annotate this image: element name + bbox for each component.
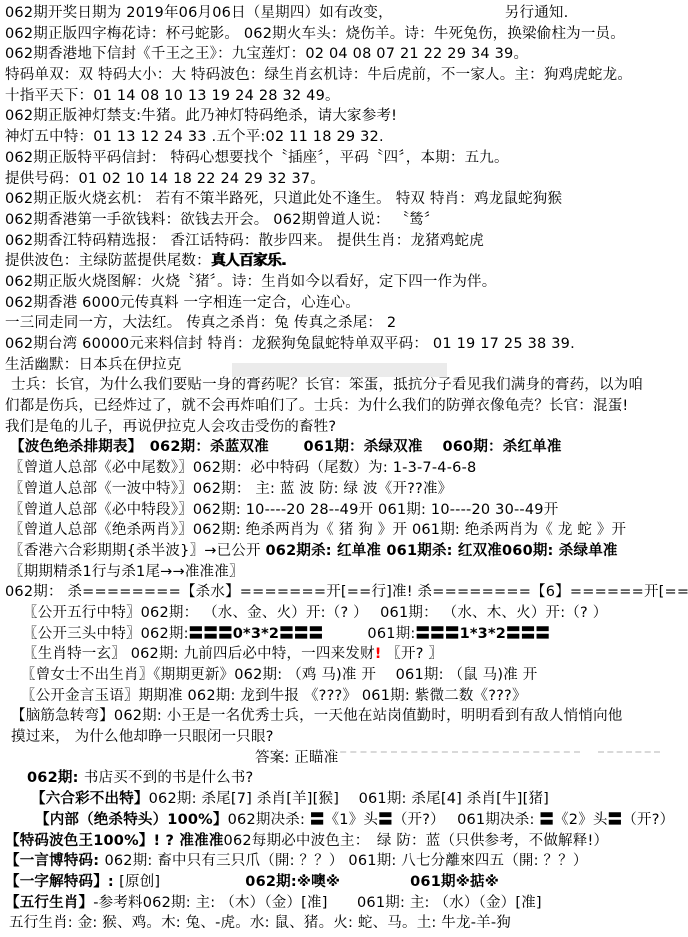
text-segment: 【内部（绝杀特头）100%】 bbox=[35, 812, 228, 828]
text-line-12: 062期香江特码精选报： 香江话特码：散步四来。 提供生肖：龙猪鸡蛇虎 bbox=[5, 231, 688, 252]
text-segment: 【六合彩不出特】 bbox=[31, 791, 149, 807]
text-line-32: 〖生肖特一玄〗 062期: 九前四后必中特，一四来发财! 〖开? 〗 bbox=[5, 644, 688, 665]
text-segment: 【一言博特码: bbox=[5, 853, 104, 869]
text-line-22: 【波色绝杀排期表】 062期：杀蓝双准 061期：杀绿双准 060期：杀红单准 bbox=[5, 437, 688, 458]
text-segment: [原创] bbox=[119, 874, 160, 890]
text-line-4: 特码单双：双 特码大小：大 特码波色：绿生肖玄机诗：牛后虎前，不一家人。主：狗鸡… bbox=[5, 65, 688, 86]
text-line-7: 神灯五中特：01 13 12 24 33 .五个平:02 11 18 29 32… bbox=[5, 127, 688, 148]
text-line-44: 【五行生肖】-参考料062期: 主: （木）（金）[准] 061期: 主: （水… bbox=[5, 893, 688, 914]
text-line-14: 062期正版火烧图解：火烧〝猪〞。诗：生肖如今以看好，定下四一作为伴。 bbox=[5, 272, 688, 293]
text-line-41: 【特码波色王100%】! ? 准准准062每期必中波色主： 绿 防：蓝（只供参考… bbox=[5, 831, 688, 852]
text-line-13: 提供波色：主绿防蓝提供尾数：真人百家乐. bbox=[5, 251, 688, 272]
text-segment: 〖曾道人总部《绝杀两肖》〗062期: 绝杀两肖为《 猪 狗 》开 061期: 绝… bbox=[9, 522, 626, 538]
text-segment: 〓〓〓0*3*2〓〓〓 bbox=[189, 626, 324, 642]
watermark-text: 真人百家乐. bbox=[211, 253, 286, 269]
text-line-33: 〖曾女士不出生肖〗《期期更新》062期: （鸡 马)准 开 061期: （鼠 马… bbox=[5, 665, 688, 686]
text-segment: 十指平天下：01 14 08 10 13 19 24 28 32 49。 bbox=[5, 88, 340, 104]
text-segment: 062期:※噢※ bbox=[245, 874, 340, 890]
text-segment: 〖曾道人总部《必中尾数》〗062期：必中特码（尾数）为: 1-3-7-4-6-8 bbox=[9, 460, 476, 476]
text-line-19: 士兵：长官，为什么我们要贴一身的膏药呢？长官：笨蛋，抵抗分子看见我们满身的膏药，… bbox=[5, 375, 688, 396]
text-line-29: 062期： 杀========【杀水】=======开[==行]准! 杀====… bbox=[5, 582, 688, 603]
text-segment: 062期正版神灯禁支:牛猪。此乃神灯特码绝杀，请大家参考! bbox=[5, 108, 397, 124]
text-segment: 特码单双：双 特码大小：大 特码波色：绿生肖玄机诗：牛后虎前，不一家人。主：狗鸡… bbox=[5, 67, 632, 83]
text-line-45: 五行生肖: 金: 猴、鸡。木: 兔、-虎。水: 鼠、猪。火: 蛇、马。土: 牛龙… bbox=[5, 913, 688, 934]
text-segment: （开?） 061期决杀: bbox=[393, 812, 540, 828]
text-segment: 书店买不到的书是什么书? bbox=[84, 770, 254, 786]
text-segment: 【脑筋急转弯】062期: 小王是一名优秀士兵，一天他在站岗值勤时，明明看到有敌人… bbox=[11, 708, 622, 724]
text-line-27: 〖香港六合彩期期{杀半波}〗→已公开 062期杀: 红单准 061期杀: 红双准… bbox=[5, 541, 688, 562]
text-line-35: 【脑筋急转弯】062期: 小王是一名优秀士兵，一天他在站岗值勤时，明明看到有敌人… bbox=[5, 706, 688, 727]
text-segment: 061期※掂※ bbox=[410, 874, 499, 890]
text-segment: 〖曾女士不出生肖〗《期期更新》062期: （鸡 马)准 开 061期: （鼠 马… bbox=[21, 667, 537, 683]
text-segment: 062期香江特码精选报： 香江话特码：散步四来。 提供生肖：龙猪鸡蛇虎 bbox=[5, 233, 484, 249]
text-segment: 〓 bbox=[608, 812, 623, 828]
text-line-39: 【六合彩不出特】062期: 杀尾[7] 杀肖[羊][猴] 061期: 杀尾[4]… bbox=[5, 789, 688, 810]
text-segment: 〖公开金言玉语〗期期准 062期: 龙到牛报 《???》 061期: 紫微二数《… bbox=[21, 688, 527, 704]
text-line-37: 答案: 正瞄准 bbox=[5, 748, 688, 769]
text-line-16: 一三同走同一方，大法红。 传真之杀肖：兔 传真之杀尾： 2 bbox=[5, 313, 688, 334]
text-segment: 062每期必中波色主： 绿 防：蓝（只供参考，不做解释!） bbox=[224, 833, 609, 849]
text-segment: 062期正版四字梅花诗：杯弓蛇影。 062期火车头：烧伤羊。诗：牛死兔伤，换梁偷… bbox=[5, 26, 625, 42]
text-segment: 【波色绝杀排期表】 062期：杀蓝双准 061期：杀绿双准 060期：杀红单准 bbox=[10, 439, 562, 455]
text-segment: 〓 bbox=[539, 812, 554, 828]
text-segment: 〓 bbox=[310, 812, 325, 828]
text-line-30: 〖公开五行中特〗062期： （水、金、火）开:（? ） 061期： （水、木、火… bbox=[5, 603, 688, 624]
text-segment bbox=[340, 872, 410, 873]
text-line-17: 062期台湾 60000元来料信封 特肖：龙猴狗兔鼠蛇特单双平码： 01 19 … bbox=[5, 334, 688, 355]
text-segment: 【五行生肖】 bbox=[5, 895, 93, 911]
text-segment: （开?） bbox=[622, 812, 674, 828]
text-segment: 士兵：长官，为什么我们要贴一身的膏药呢？长官：笨蛋，抵抗分子看见我们满身的膏药，… bbox=[11, 377, 643, 393]
text-segment: 062期台湾 60000元来料信封 特肖：龙猴狗兔鼠蛇特单双平码： 01 19 … bbox=[5, 336, 575, 352]
text-line-21: 我们是龟的儿子，再说伊拉克人会攻击受伤的畜牲? bbox=[5, 417, 688, 438]
text-segment: 〖公开五行中特〗062期： （水、金、火）开:（? ） 061期： （水、木、火… bbox=[23, 605, 607, 621]
text-segment: 们都是伤兵，已经炸过了，就不会再炸咱们了。士兵：为什么我们的防弹衣像龟壳？长官：… bbox=[5, 398, 628, 414]
text-line-6: 062期正版神灯禁支:牛猪。此乃神灯特码绝杀，请大家参考! bbox=[5, 106, 688, 127]
text-line-5: 十指平天下：01 14 08 10 13 19 24 28 32 49。 bbox=[5, 86, 688, 107]
text-segment: 我们是龟的儿子，再说伊拉克人会攻击受伤的畜牲? bbox=[5, 419, 336, 435]
text-line-43: 【一字解特码】: [原创]062期:※噢※061期※掂※ bbox=[5, 872, 688, 893]
text-segment: 一三同走同一方，大法红。 传真之杀肖：兔 传真之杀尾： 2 bbox=[5, 315, 396, 331]
text-line-15: 062期香港 6000元传真料 一字相连一定合，心连心。 bbox=[5, 293, 688, 314]
text-segment: 062期正版火烧图解：火烧〝猪〞。诗：生肖如今以看好，定下四一作为伴。 bbox=[5, 274, 496, 290]
text-line-31: 〖公开三头中特〗062期:〓〓〓0*3*2〓〓〓 061期:〓〓〓1*3*2〓〓… bbox=[5, 624, 688, 645]
text-segment: 《1》头 bbox=[325, 812, 379, 828]
text-segment: 062期香港地下信封《千王之王》：九宝莲灯：02 04 08 07 21 22 … bbox=[5, 46, 528, 62]
text-line-26: 〖曾道人总部《绝杀两肖》〗062期: 绝杀两肖为《 猪 狗 》开 061期: 绝… bbox=[5, 520, 688, 541]
text-line-40: 【内部（绝杀特头）100%】062期决杀: 〓《1》头〓（开?） 061期决杀:… bbox=[5, 810, 688, 831]
text-segment: 提供波色：主绿防蓝提供尾数： bbox=[5, 253, 211, 269]
text-segment: 另行通知. bbox=[505, 5, 569, 21]
text-segment: 062期: 杀尾[7] 杀肖[羊][猴] 061期: 杀尾[4] 杀肖[牛][猪… bbox=[149, 791, 549, 807]
text-segment bbox=[160, 872, 245, 873]
text-segment: 五行生肖: 金: 猴、鸡。木: 兔、-虎。水: 鼠、猪。火: 蛇、马。土: 牛龙… bbox=[9, 915, 511, 931]
text-line-1: 062期开奖日期为 2019年06月06日（星期四）如有改变，另行通知. bbox=[5, 3, 688, 24]
text-segment: 062期： 杀========【杀水】=======开[==行]准! 杀====… bbox=[5, 584, 688, 600]
text-line-8: 062期正版特平码信封： 特码心想要找个〝插座〞，平码〝四〞，本期：五九。 bbox=[5, 148, 688, 169]
text-line-20: 们都是伤兵，已经炸过了，就不会再炸咱们了。士兵：为什么我们的防弹衣像龟壳？长官：… bbox=[5, 396, 688, 417]
text-segment: 摸过来， 为什么他却睁一只眼闭一只眼? bbox=[11, 729, 274, 745]
text-line-2: 062期正版四字梅花诗：杯弓蛇影。 062期火车头：烧伤羊。诗：牛死兔伤，换梁偷… bbox=[5, 24, 688, 45]
text-segment: 〖曾道人总部《一波中特》〗062期： 主: 蓝 波 防: 绿 波《开??准》 bbox=[9, 481, 452, 497]
red-exclamation: ! bbox=[375, 646, 382, 662]
text-line-11: 062期香港第一手欲钱料：欲钱去开会。 062期曾道人说： 〝鸶〞 bbox=[5, 210, 688, 231]
text-line-25: 〖曾道人总部《必中特段》〗062期: 10----20 28--49开 061期… bbox=[5, 500, 688, 521]
text-line-38: 062期: 书店买不到的书是什么书? bbox=[5, 768, 688, 789]
text-segment: 〖生肖特一玄〗 062期: 九前四后必中特，一四来发财 bbox=[23, 646, 375, 662]
text-segment: 062期: bbox=[27, 770, 84, 786]
text-segment: 神灯五中特：01 13 12 24 33 .五个平:02 11 18 29 32… bbox=[5, 129, 384, 145]
document-body: 062期开奖日期为 2019年06月06日（星期四）如有改变，另行通知.062期… bbox=[5, 3, 688, 937]
text-segment: 062期开奖日期为 2019年06月06日（星期四）如有改变， bbox=[5, 5, 393, 21]
text-segment: 〓〓〓1*3*2〓〓〓 bbox=[415, 626, 550, 642]
text-line-24: 〖曾道人总部《一波中特》〗062期： 主: 蓝 波 防: 绿 波《开??准》 bbox=[5, 479, 688, 500]
text-line-36: 摸过来， 为什么他却睁一只眼闭一只眼? bbox=[5, 727, 688, 748]
text-segment: 062期: 畜中只有三只爪（開: ？？） 061期: 八七分離來四五（開: ？？… bbox=[104, 853, 587, 869]
text-line-3: 062期香港地下信封《千王之王》：九宝莲灯：02 04 08 07 21 22 … bbox=[5, 44, 688, 65]
text-segment: 062期香港第一手欲钱料：欲钱去开会。 062期曾道人说： 〝鸶〞 bbox=[5, 212, 439, 228]
text-line-18: 生活幽默：日本兵在伊拉克 bbox=[5, 355, 688, 376]
text-segment: 答案: 正瞄准 bbox=[255, 750, 338, 766]
text-segment: 【特码波色王100%】! ? 准准准 bbox=[5, 833, 224, 849]
text-segment: 〖曾道人总部《必中特段》〗062期: 10----20 28--49开 061期… bbox=[9, 502, 558, 518]
text-line-9: 提供号码：01 02 10 14 18 22 24 29 32 37。 bbox=[5, 169, 688, 190]
text-segment: 062期正版特平码信封： 特码心想要找个〝插座〞，平码〝四〞，本期：五九。 bbox=[5, 150, 509, 166]
text-line-42: 【一言博特码: 062期: 畜中只有三只爪（開: ？？） 061期: 八七分離來… bbox=[5, 851, 688, 872]
text-segment: 提供号码：01 02 10 14 18 22 24 29 32 37。 bbox=[5, 171, 325, 187]
text-segment: 生活幽默：日本兵在伊拉克 bbox=[5, 357, 181, 373]
text-line-10: 062期正版火烧玄机： 若有不策半路死，只道此处不逢生。 特双 特肖：鸡龙鼠蛇狗… bbox=[5, 189, 688, 210]
text-segment: 〖开? 〗 bbox=[382, 646, 444, 662]
text-segment: -参考料062期: 主: （木）（金）[准] 061期: 主: （水）（金）[准… bbox=[93, 895, 542, 911]
text-segment: 〖香港六合彩期期{杀半波}〗→已公开 bbox=[9, 543, 266, 559]
text-line-28: 〖期期精杀1行与杀1尾→→准准准〗 bbox=[5, 562, 688, 583]
text-segment: 〖期期精杀1行与杀1尾→→准准准〗 bbox=[9, 564, 244, 580]
text-segment: 062期杀: 红单准 061期杀: 红双准060期: 杀绿单准 bbox=[266, 543, 618, 559]
text-line-34: 〖公开金言玉语〗期期准 062期: 龙到牛报 《???》 061期: 紫微二数《… bbox=[5, 686, 688, 707]
text-segment: 062期正版火烧玄机： 若有不策半路死，只道此处不逢生。 特双 特肖：鸡龙鼠蛇狗… bbox=[5, 191, 562, 207]
text-segment: 【一字解特码】: bbox=[5, 874, 119, 890]
text-line-23: 〖曾道人总部《必中尾数》〗062期：必中特码（尾数）为: 1-3-7-4-6-8 bbox=[5, 458, 688, 479]
text-segment: 《2》头 bbox=[554, 812, 608, 828]
text-segment: 062期香港 6000元传真料 一字相连一定合，心连心。 bbox=[5, 295, 360, 311]
text-segment bbox=[393, 3, 505, 4]
text-segment: 〖公开三头中特〗062期: bbox=[23, 626, 189, 642]
text-segment: 061期: bbox=[323, 626, 415, 642]
text-segment: 062期决杀: bbox=[228, 812, 310, 828]
text-segment: 〓 bbox=[378, 812, 393, 828]
